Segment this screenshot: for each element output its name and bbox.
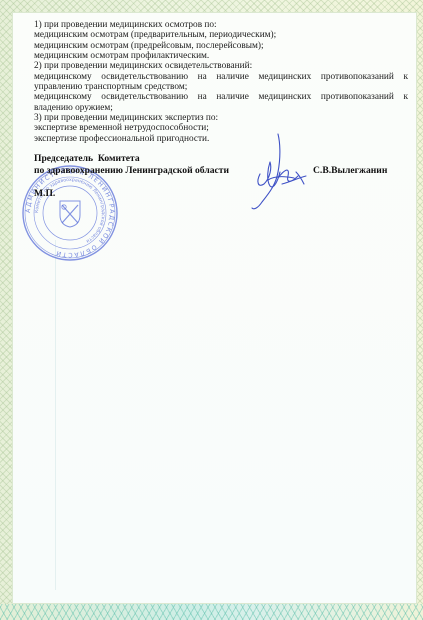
list-item: 3) при проведении медицинских экспертиз …: [34, 113, 408, 123]
list-item: медицинским осмотрам (предрейсовым, посл…: [34, 41, 408, 51]
guilloche-border-bottom: [0, 604, 423, 620]
signatory-title-line1: Председатель Комитета: [34, 153, 229, 165]
official-seal-icon: АДМИНИСТРАЦИЯ ЛЕНИНГРАДСКОЙ ОБЛАСТИ Коми…: [20, 163, 120, 263]
list-item: медицинскому освидетельствованию на нали…: [34, 92, 408, 102]
stamp-label: М.П.: [34, 188, 55, 199]
list-item: медицинскому освидетельствованию на нали…: [34, 72, 408, 82]
paper-fiber-line: [55, 240, 56, 590]
list-item: 2) при проведении медицинских освидетель…: [34, 61, 408, 71]
document-body: 1) при проведении медицинских осмотров п…: [34, 20, 408, 144]
list-item: медицинским осмотрам профилактическим.: [34, 51, 408, 61]
list-item: экспертизе временной нетрудоспособности;: [34, 123, 408, 133]
list-item: медицинским осмотрам (предварительным, п…: [34, 30, 408, 40]
signatory-title: Председатель Комитета по здравоохранению…: [34, 153, 229, 176]
handwritten-signature-icon: [248, 132, 310, 212]
list-item: экспертизе профессиональной пригодности.: [34, 134, 408, 144]
signatory-name: С.В.Вылегжанин: [313, 165, 387, 176]
list-item: управлению транспортным средством;: [34, 82, 408, 92]
list-item: владению оружием;: [34, 103, 408, 113]
list-item: 1) при проведении медицинских осмотров п…: [34, 20, 408, 30]
signatory-title-line2: по здравоохранению Ленинградской области: [34, 165, 229, 177]
